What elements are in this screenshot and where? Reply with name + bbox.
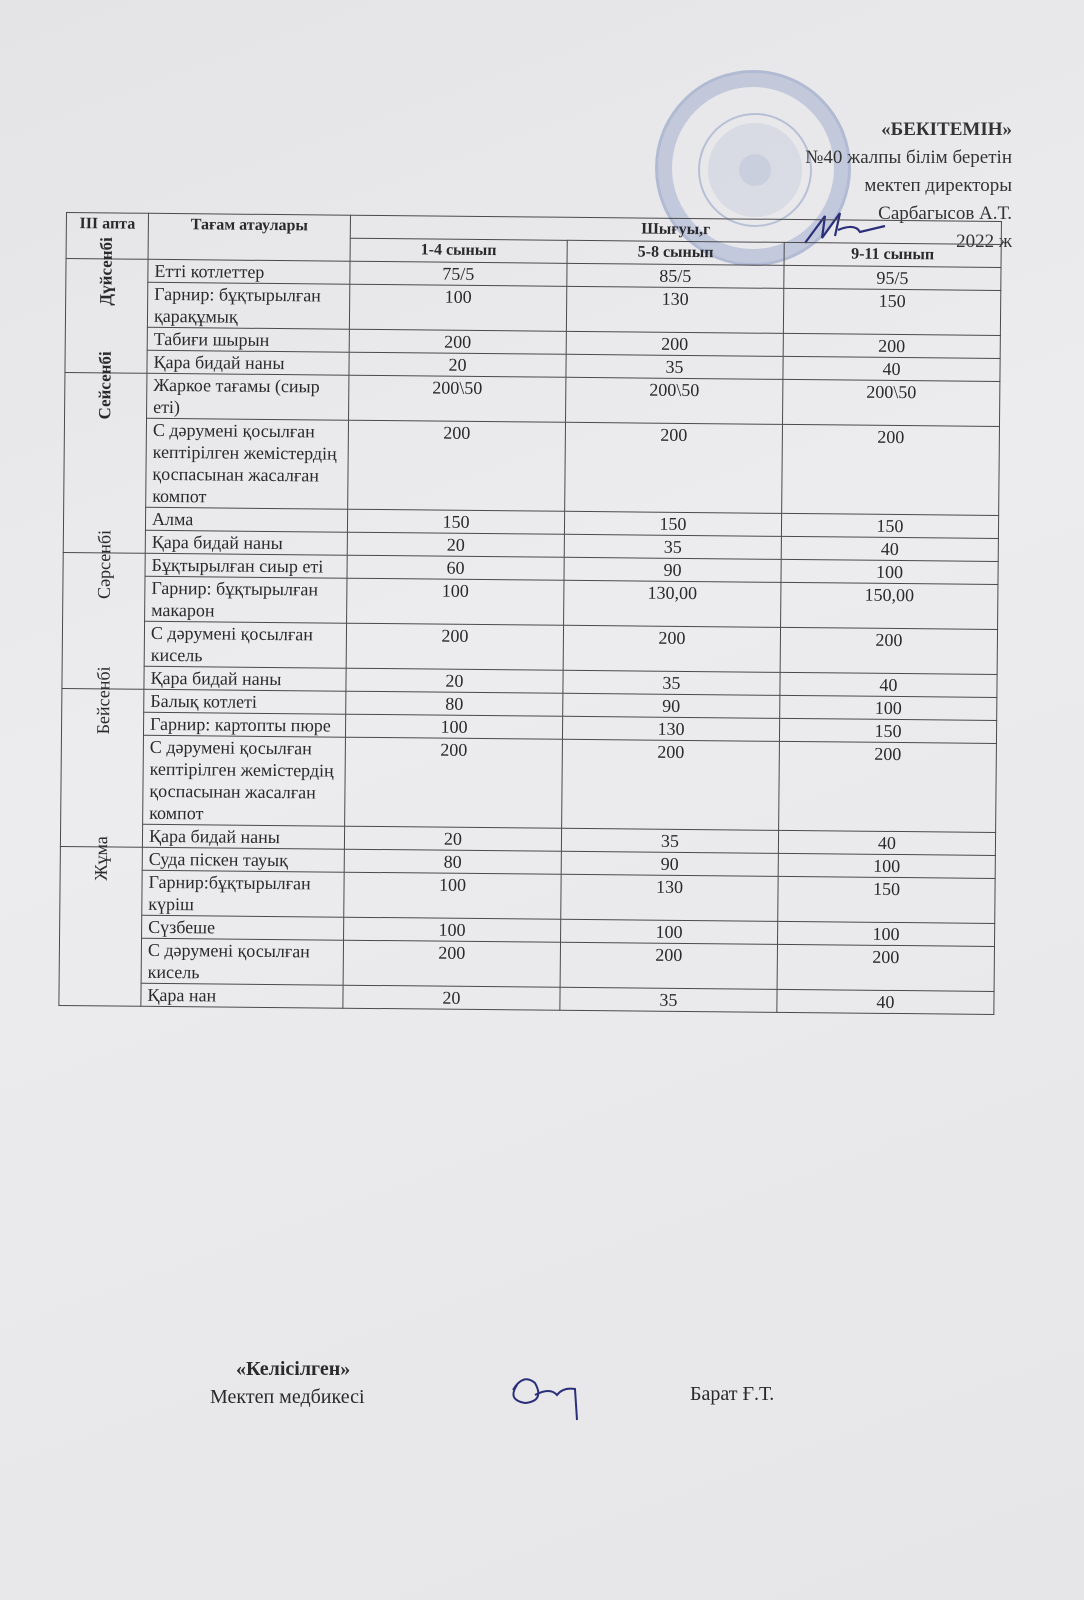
table-row: С дәрумені қосылған кептірілген жемістер… [61, 734, 997, 832]
value-9-11: 100 [777, 921, 994, 946]
dish-cell: Қара нан [141, 983, 343, 1008]
value-5-8: 90 [564, 557, 781, 582]
value-5-8: 200\50 [565, 377, 782, 424]
value-9-11: 100 [781, 559, 998, 584]
value-9-11: 200 [779, 741, 997, 832]
value-9-11: 200 [783, 333, 1000, 358]
value-9-11: 150 [783, 288, 1000, 335]
approval-line-position: мектеп директоры [805, 172, 1012, 200]
value-1-4: 20 [347, 532, 564, 557]
value-5-8: 35 [560, 987, 777, 1012]
value-1-4: 20 [343, 985, 560, 1010]
day-label: Сейсенбі [95, 351, 118, 419]
value-1-4: 200 [349, 329, 566, 354]
value-5-8: 130 [561, 874, 778, 921]
document-page: «БЕКІТЕМІН» №40 жалпы білім беретін мект… [0, 0, 1084, 1600]
dish-cell: Сүзбеше [142, 915, 344, 940]
value-5-8: 200 [560, 942, 777, 989]
dish-cell: Қара бидай наны [144, 666, 346, 691]
value-9-11: 200 [777, 944, 994, 991]
value-1-4: 150 [347, 509, 564, 534]
grade-5-8-header: 5-8 сынып [567, 240, 784, 265]
value-1-4: 200 [343, 940, 560, 987]
value-5-8: 100 [560, 919, 777, 944]
value-5-8: 90 [561, 851, 778, 876]
dish-cell: Бұқтырылған сиыр еті [145, 553, 347, 578]
dish-cell: Қара бидай наны [147, 350, 349, 375]
value-5-8: 130 [566, 286, 783, 333]
value-1-4: 100 [344, 872, 561, 919]
day-label: Бейсенбі [91, 666, 114, 734]
value-5-8: 150 [564, 511, 781, 536]
value-5-8: 200 [563, 625, 780, 672]
value-1-4: 100 [345, 714, 562, 739]
value-5-8: 90 [563, 693, 780, 718]
menu-body: ДүйсенбіЕтті котлеттер75/585/595/5Гарнир… [59, 259, 1001, 1015]
value-9-11: 150 [781, 513, 998, 538]
agreement-title: «Келісілген» [210, 1355, 365, 1383]
dish-cell: Суда піскен тауық [142, 847, 344, 872]
value-1-4: 100 [349, 284, 566, 331]
day-label: Жұма [90, 836, 112, 881]
value-5-8: 85/5 [567, 263, 784, 288]
value-5-8: 200 [562, 739, 780, 830]
value-1-4: 20 [344, 826, 561, 851]
value-1-4: 100 [347, 578, 564, 625]
dish-header: Тағам атаулары [148, 213, 350, 261]
value-1-4: 200\50 [348, 375, 565, 422]
dish-cell: С дәрумені қосылған кептірілген жемістер… [146, 418, 349, 509]
value-1-4: 80 [344, 849, 561, 874]
value-9-11: 150,00 [780, 582, 997, 629]
day-cell: Бейсенбі [60, 688, 144, 847]
dish-cell: Алма [145, 507, 347, 532]
value-5-8: 35 [563, 670, 780, 695]
grade-9-11-header: 9-11 сынып [784, 242, 1001, 267]
dish-cell: С дәрумені қосылған кисель [144, 621, 346, 668]
value-5-8: 130 [562, 716, 779, 741]
day-cell: Жұма [59, 846, 143, 1006]
nurse-role: Мектеп медбикесі [210, 1383, 365, 1411]
day-cell: Сейсенбі [63, 372, 147, 553]
day-label: Дүйсенбі [96, 237, 119, 306]
dish-cell: Гарнир: бұқтырылған макарон [145, 576, 347, 623]
value-1-4: 75/5 [350, 261, 567, 286]
day-label: Сәрсенбі [93, 530, 116, 599]
dish-cell: Қара бидай наны [145, 530, 347, 555]
emblem-icon [698, 113, 812, 227]
dish-cell: Гарнир:бұқтырылған күріш [142, 870, 344, 917]
value-1-4: 200 [346, 623, 563, 670]
dish-cell: Гарнир: картопты пюре [143, 712, 345, 737]
table-row: С дәрумені қосылған кептірілген жемістер… [64, 417, 1000, 515]
approval-title: «БЕКІТЕМІН» [805, 116, 1012, 144]
dish-cell: Етті котлеттер [148, 259, 350, 284]
value-5-8: 200 [565, 422, 783, 513]
value-1-4: 80 [346, 691, 563, 716]
value-9-11: 200 [782, 424, 1000, 515]
grade-1-4-header: 1-4 сынып [350, 238, 567, 263]
value-1-4: 60 [347, 555, 564, 580]
dish-cell: С дәрумені қосылған кептірілген жемістер… [143, 735, 346, 826]
value-9-11: 200\50 [782, 379, 999, 426]
value-9-11: 95/5 [784, 265, 1001, 290]
value-9-11: 150 [778, 876, 995, 923]
dish-cell: Балық котлеті [144, 689, 346, 714]
agreement-block: «Келісілген» Мектеп медбикесі [210, 1355, 365, 1411]
value-5-8: 35 [564, 534, 781, 559]
value-9-11: 40 [783, 356, 1000, 381]
value-5-8: 35 [561, 828, 778, 853]
value-1-4: 200 [345, 737, 563, 828]
value-1-4: 20 [346, 668, 563, 693]
dish-cell: Қара бидай наны [142, 824, 344, 849]
menu-table: III апта Тағам атаулары Шығуы,г 1-4 сыны… [58, 212, 1002, 1015]
dish-cell: Гарнир: бұқтырылған қарақұмық [147, 282, 349, 329]
value-5-8: 130,00 [564, 580, 781, 627]
dish-cell: С дәрумені қосылған кисель [141, 938, 343, 985]
dish-cell: Табиғи шырын [147, 327, 349, 352]
value-9-11: 40 [778, 830, 995, 855]
value-1-4: 200 [348, 420, 566, 511]
value-5-8: 35 [566, 354, 783, 379]
value-9-11: 40 [780, 672, 997, 697]
approval-line-school: №40 жалпы білім беретін [805, 144, 1012, 172]
value-1-4: 20 [349, 352, 566, 377]
value-9-11: 150 [779, 718, 996, 743]
dish-cell: Жаркое тағамы (сиыр еті) [147, 373, 349, 420]
value-9-11: 100 [780, 695, 997, 720]
value-9-11: 100 [778, 853, 995, 878]
value-9-11: 40 [777, 989, 994, 1014]
value-1-4: 100 [343, 917, 560, 942]
nurse-name: Барат Ғ.Т. [690, 1383, 774, 1406]
value-5-8: 200 [566, 331, 783, 356]
value-9-11: 200 [780, 627, 997, 674]
value-9-11: 40 [781, 536, 998, 561]
nurse-signature-icon [505, 1365, 595, 1425]
